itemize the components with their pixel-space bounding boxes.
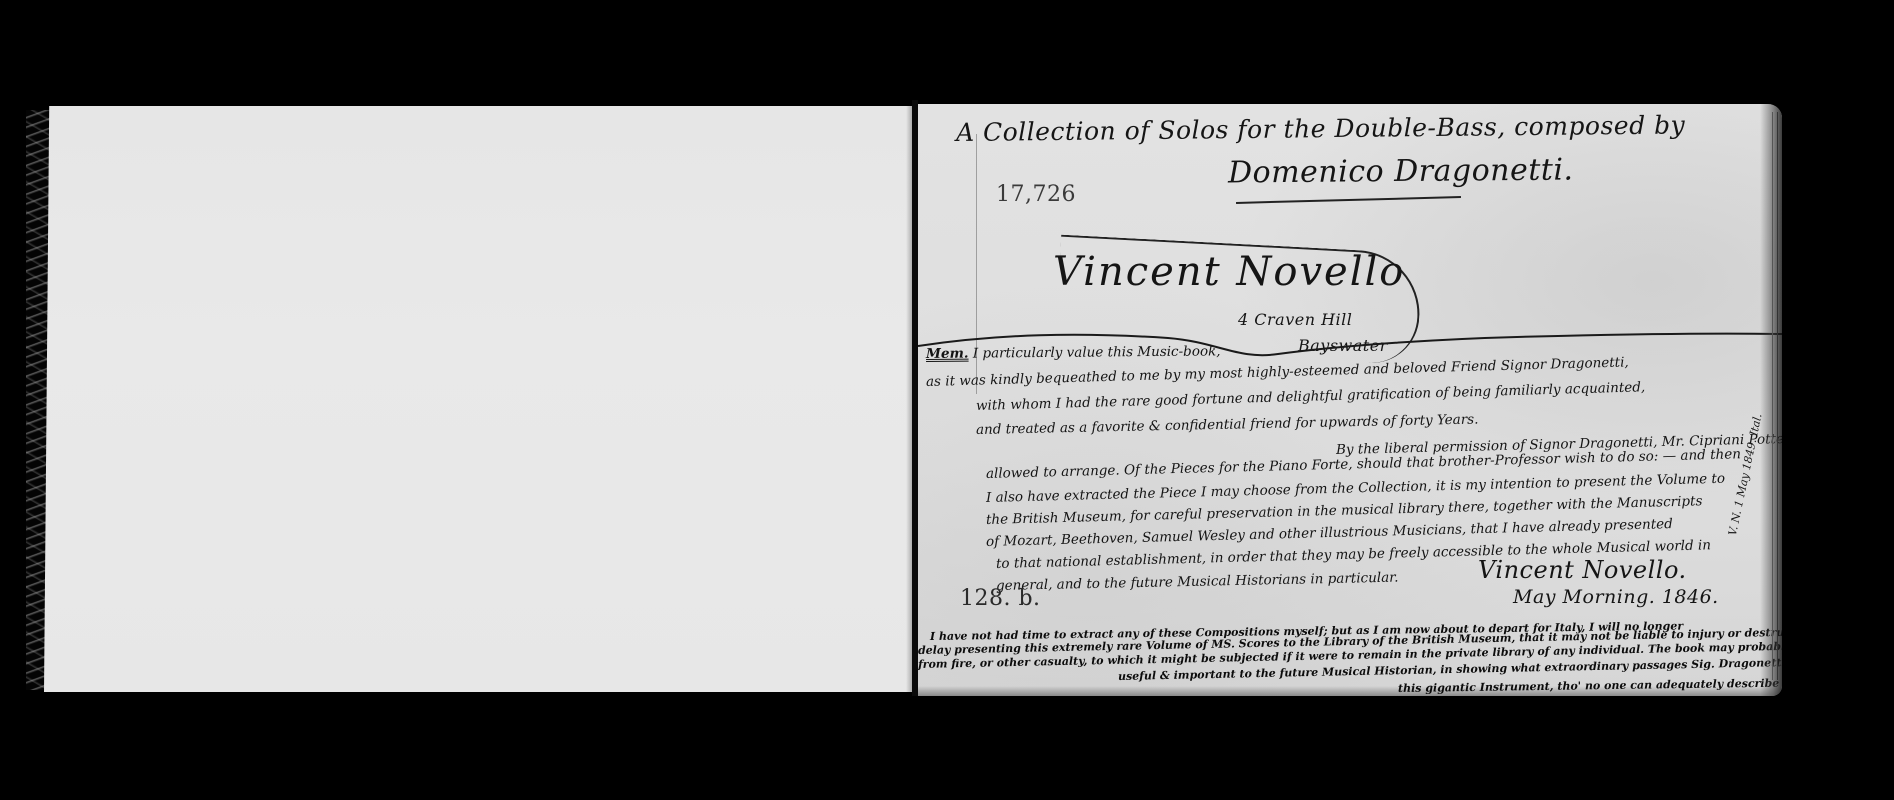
memo-label: Mem. xyxy=(926,346,969,362)
shelfmark: 128. b. xyxy=(960,586,1041,611)
memo-line: general, and to the future Musical Histo… xyxy=(996,570,1399,594)
catalog-number: 17,726 xyxy=(996,182,1076,207)
page-edge-lines xyxy=(1772,112,1778,680)
composer-underline xyxy=(1236,196,1461,204)
memo-line: and treated as a favorite & confidential… xyxy=(976,411,1479,438)
left-blank-page xyxy=(44,106,912,692)
signature-date: May Morning. 1846. xyxy=(1513,586,1719,608)
title-line: A Collection of Solos for the Double-Bas… xyxy=(956,110,1685,147)
owner-name: Vincent Novello xyxy=(1053,249,1405,295)
page-bottom-shadow xyxy=(918,686,1782,696)
page-fore-edge xyxy=(1760,104,1782,696)
scan-stage: A Collection of Solos for the Double-Bas… xyxy=(0,0,1894,800)
memo-line: Mem. I particularly value this Music-boo… xyxy=(926,343,1221,362)
right-manuscript-page: A Collection of Solos for the Double-Bas… xyxy=(918,104,1782,696)
composer-name: Domenico Dragonetti. xyxy=(1228,152,1574,190)
signature: Vincent Novello. xyxy=(1478,556,1687,584)
memo-text: I particularly value this Music-book, xyxy=(973,343,1221,361)
